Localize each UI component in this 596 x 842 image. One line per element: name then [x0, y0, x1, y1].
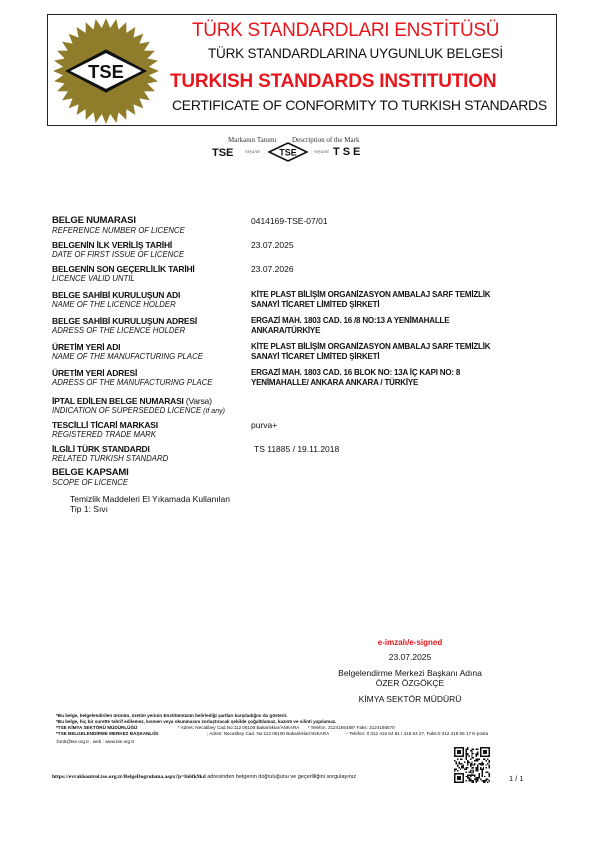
signature-on-behalf: Belgelendirme Merkezi Başkanı Adına [320, 668, 500, 678]
field-value: KİTE PLAST BİLİŞİM ORGANİZASYON AMBALAJ … [251, 342, 511, 362]
e-signed-label: e-imzalı/e-signed [320, 638, 500, 647]
field-value: purva+ [251, 420, 511, 430]
certificate-title-tr: TÜRK STANDARDLARINA UYGUNLUK BELGESİ [208, 46, 503, 61]
field-sublabel-suffix: (If any) [201, 408, 225, 415]
mark-text: TSE [212, 147, 233, 159]
tse-seal-icon: TSE [52, 17, 160, 125]
scope-text: Temizlik Maddeleri El Yıkamada Kullanıla… [70, 494, 230, 514]
dept2-name: *TSE BELGELENDİRME MERKEZ BAŞKANLIĞI [56, 731, 158, 736]
field-sublabel: RELATED TURKISH STANDARD [52, 454, 552, 463]
field-value: 23.07.2025 [251, 240, 511, 250]
field-sublabel: REGISTERED TRADE MARK [52, 430, 552, 439]
scope-line: Tip 1: Sıvı [70, 504, 230, 514]
or-text: veya/or [245, 150, 260, 155]
svg-text:TSE: TSE [88, 61, 124, 82]
certificate-field: İPTAL EDİLEN BELGE NUMARASI (Varsa)INDIC… [52, 396, 552, 416]
mark-description: Markanın Tanımı Description of the Mark … [210, 136, 390, 166]
signatory-name: ÖZER ÖZGÖKÇE [320, 678, 500, 688]
certificate-header: TSE TÜRK STANDARDLARI ENSTİTÜSÜ TÜRK STA… [47, 14, 557, 126]
svg-text:TSE: TSE [279, 148, 297, 158]
field-label: BELGE KAPSAMI [52, 468, 552, 478]
certificate-field: TESCİLLİ TİCARİ MARKASIREGISTERED TRADE … [52, 420, 552, 439]
footer-contact: :bmb@tse.org.tr , web : www.tse.org.tr [56, 739, 134, 745]
certificate-field: BELGE NUMARASIREFERENCE NUMBER OF LICENC… [52, 216, 552, 235]
certificate-field: İLGİLİ TÜRK STANDARDIRELATED TURKISH STA… [52, 444, 552, 463]
signature-date: 23.07.2025 [320, 652, 500, 662]
field-value: ERGAZİ MAH. 1803 CAD. 16 BLOK NO: 13A İÇ… [251, 368, 511, 388]
field-sublabel: SCOPE OF LICENCE [52, 478, 552, 487]
field-sublabel: LICENCE VALID UNTIL [52, 274, 552, 283]
field-value: 23.07.2026 [251, 264, 511, 274]
certificate-title-en: CERTIFICATE OF CONFORMITY TO TURKISH STA… [172, 97, 547, 113]
signatory-title: KİMYA SEKTÖR MÜDÜRÜ [320, 694, 500, 704]
institution-name-tr: TÜRK STANDARDLARI ENSTİTÜSÜ [192, 20, 552, 42]
scope-line: Temizlik Maddeleri El Yıkamada Kullanıla… [70, 494, 230, 504]
or-text: veya/or [314, 150, 329, 155]
verify-link[interactable]: https://evrakkontrol.tse.org.tr/BelgeDog… [52, 774, 206, 780]
institution-name-en: TURKISH STANDARDS INSTITUTION [170, 71, 496, 93]
dept2-phone: – Telefon: 0 312 416 64 81 / 416 64 27, … [345, 731, 488, 736]
tse-diamond-icon: TSE [268, 142, 308, 162]
dept1-name: *TSE KİMYA SEKTÖRÜ MÜDÜRLÜĞÜ [56, 725, 137, 730]
footer-dept2: *TSE BELGELENDİRME MERKEZ BAŞKANLIĞI ; A… [56, 731, 488, 737]
certificate-field: BELGE SAHİBİ KURULUŞUN ADRESİADRESS OF T… [52, 316, 552, 335]
certificate-field: BELGENİN SON GEÇERLİLİK TARİHİLICENCE VA… [52, 264, 552, 283]
certificate-field: BELGENİN İLK VERİLİŞ TARİHİDATE OF FIRST… [52, 240, 552, 259]
field-value: KİTE PLAST BİLİŞİM ORGANİZASYON AMBALAJ … [251, 290, 511, 310]
qr-code-icon[interactable] [454, 747, 490, 783]
field-label: İPTAL EDİLEN BELGE NUMARASI (Varsa) [52, 396, 552, 406]
certificate-field: BELGE SAHİBİ KURULUŞUN ADINAME OF THE LI… [52, 290, 552, 309]
verification-line: https://evrakkontrol.tse.org.tr/BelgeDog… [52, 774, 356, 780]
verify-text: adresinden belgenin doğruluğunu ve geçer… [206, 774, 356, 780]
field-value: ERGAZİ MAH. 1803 CAD. 16 /8 NO:13 A YENİ… [251, 316, 511, 336]
field-sublabel: INDICATION OF SUPERSEDED LICENCE (If any… [52, 406, 552, 416]
field-value: TS 11885 / 19.11.2018 [254, 444, 514, 454]
dept1-phone: * Telefon: 3124166488* Faks: 3124166570 [308, 725, 395, 730]
page-number: 1 / 1 [509, 774, 524, 783]
field-value: 0414169-TSE-07/01 [251, 216, 511, 226]
dept1-address: * Adres: Necatibey Cad.No:112 06100 Baka… [178, 725, 299, 730]
certificate-field: ÜRETİM YERİ ADINAME OF THE MANUFACTURING… [52, 342, 552, 361]
field-label-suffix: (Varsa) [184, 396, 212, 406]
field-sublabel: DATE OF FIRST ISSUE OF LICENCE [52, 250, 552, 259]
field-sublabel: REFERENCE NUMBER OF LICENCE [52, 226, 552, 235]
certificate-field: ÜRETİM YERİ ADRESİADRESS OF THE MANUFACT… [52, 368, 552, 387]
mark-vertical-text: TSE [333, 146, 363, 158]
dept2-address: ; Adres: Necatibey Cad. No:112 06100 Bak… [207, 731, 329, 736]
certificate-field: BELGE KAPSAMISCOPE OF LICENCE [52, 468, 552, 487]
